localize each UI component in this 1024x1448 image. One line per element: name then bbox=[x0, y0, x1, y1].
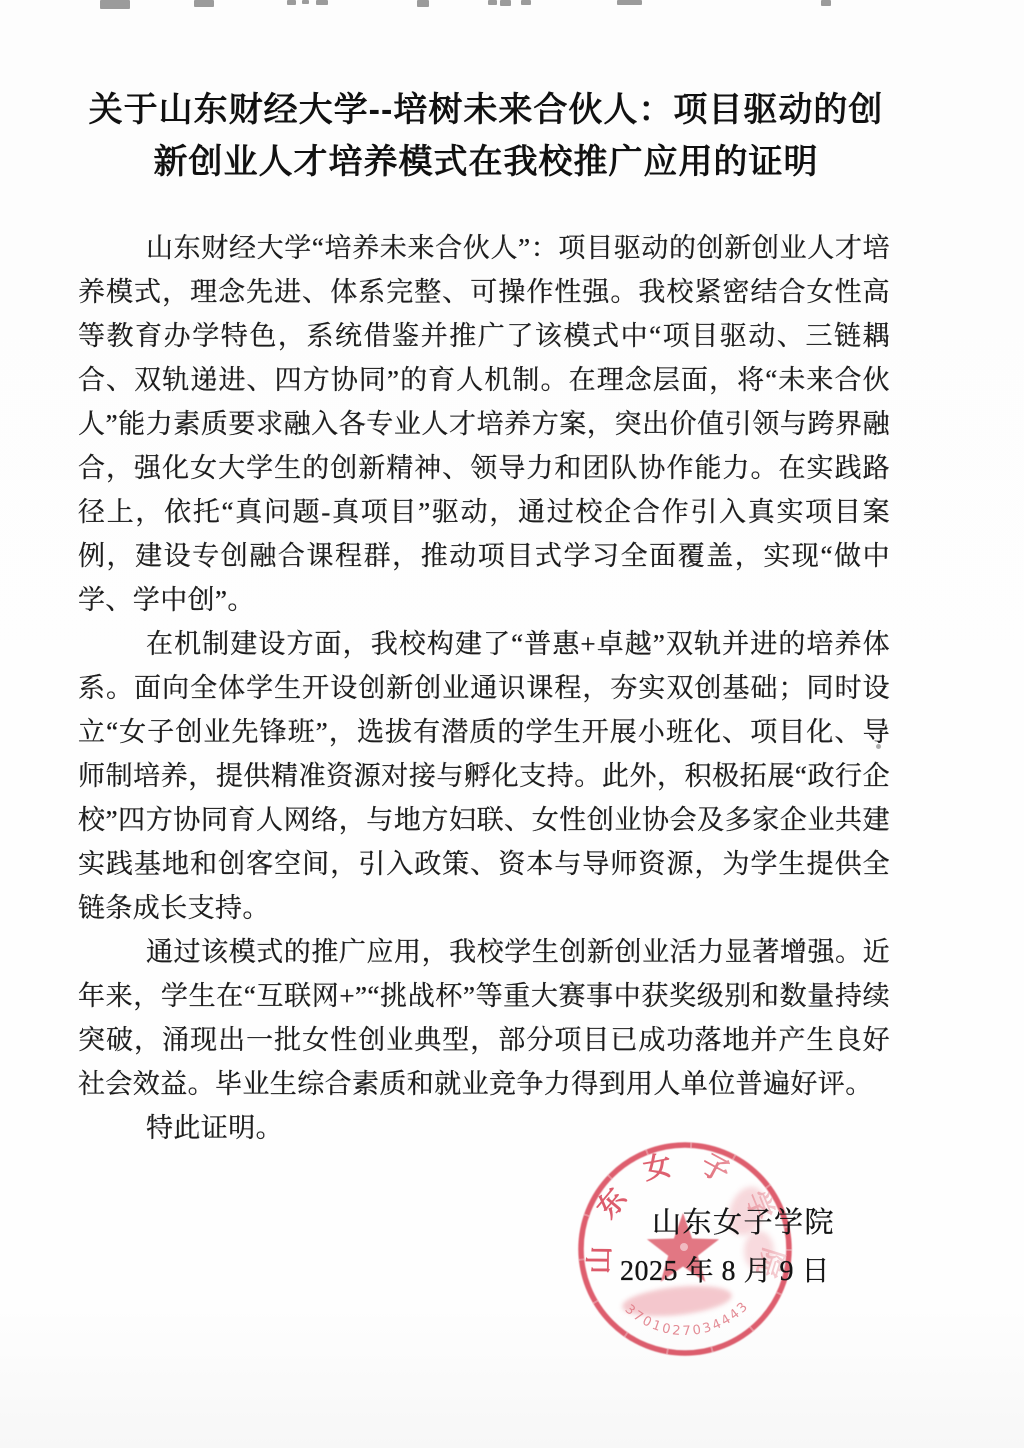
scan-artifact bbox=[500, 0, 511, 6]
paragraph-2: 在机制建设方面，我校构建了“普惠+卓越”双轨并进的培养体系。面向全体学生开设创新… bbox=[78, 622, 890, 930]
scan-artifact bbox=[821, 0, 831, 6]
signature-date: 2025 年 8 月 9 日 bbox=[620, 1249, 830, 1289]
scan-artifact bbox=[617, 0, 642, 5]
title-line-1: 关于山东财经大学--培树未来合伙人：项目驱动的创 bbox=[78, 84, 894, 136]
signature-organization: 山东女子学院 bbox=[652, 1200, 835, 1241]
scan-artifact bbox=[302, 0, 309, 4]
scan-artifact bbox=[194, 0, 214, 7]
scan-artifact bbox=[287, 0, 296, 5]
scan-artifact bbox=[521, 0, 531, 5]
scan-artifact bbox=[316, 0, 328, 5]
document-title: 关于山东财经大学--培树未来合伙人：项目驱动的创 新创业人才培养模式在我校推广应… bbox=[78, 84, 894, 188]
paragraph-3: 通过该模式的推广应用，我校学生创新创业活力显著增强。近年来，学生在“互联网+”“… bbox=[78, 930, 890, 1106]
document-body: 山东财经大学“培养未来合伙人”：项目驱动的创新创业人才培养模式，理念先进、体系完… bbox=[78, 226, 890, 1150]
scan-artifact bbox=[100, 0, 130, 9]
document-page: 关于山东财经大学--培树未来合伙人：项目驱动的创 新创业人才培养模式在我校推广应… bbox=[0, 0, 1024, 1448]
scan-artifact bbox=[488, 0, 497, 5]
title-line-2: 新创业人才培养模式在我校推广应用的证明 bbox=[78, 136, 894, 188]
scan-artifact bbox=[417, 0, 429, 7]
paragraph-1: 山东财经大学“培养未来合伙人”：项目驱动的创新创业人才培养模式，理念先进、体系完… bbox=[78, 226, 890, 622]
